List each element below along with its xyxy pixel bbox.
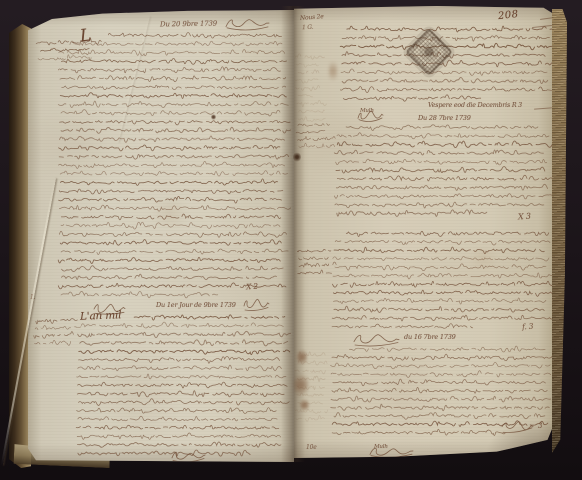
entry1-date-heading: Du 20 9bre 1739 (160, 20, 217, 29)
manuscript-register-photo: Du 20 9bre 1739 L X 2 1. Du 1er Jour de … (0, 0, 582, 480)
entry-c-end-mark: 3 (538, 422, 542, 430)
entry-b2-end-mark: f. 3 (522, 322, 534, 332)
entry-b-end-mark: X 3 (518, 212, 531, 222)
folio-flourish-dash (532, 25, 552, 28)
margin-annotation (36, 36, 100, 38)
entry-b-date-heading: Du 28 7bre 1739 (418, 114, 471, 122)
closing-line-dash (534, 107, 552, 109)
left-page: Du 20 9bre 1739 L X 2 1. Du 1er Jour de … (28, 10, 294, 462)
entry2-date-heading: Du 1er Jour de 9bre 1739 (156, 301, 236, 309)
binding-gutter-shadow (281, 6, 305, 462)
ink-stamp (405, 28, 453, 76)
entry-a-closing-line: Vespere eod die Decembris R 3 (428, 102, 522, 109)
folio-flourish-dash (540, 17, 554, 20)
entry-c-date-heading: du 16 7bre 1739 (404, 333, 456, 341)
fore-edge-page-stack (552, 9, 567, 453)
bottom-margin-mark: 10e (306, 444, 317, 451)
entry1-initial: L (79, 25, 92, 46)
right-page: Nous 2e 1 G. 208 Vespere eod die Decembr… (294, 6, 554, 458)
entry1-end-mark: X 2 (246, 282, 259, 292)
folio-number: 208 (497, 9, 519, 22)
entry2-margin-note (33, 315, 79, 317)
